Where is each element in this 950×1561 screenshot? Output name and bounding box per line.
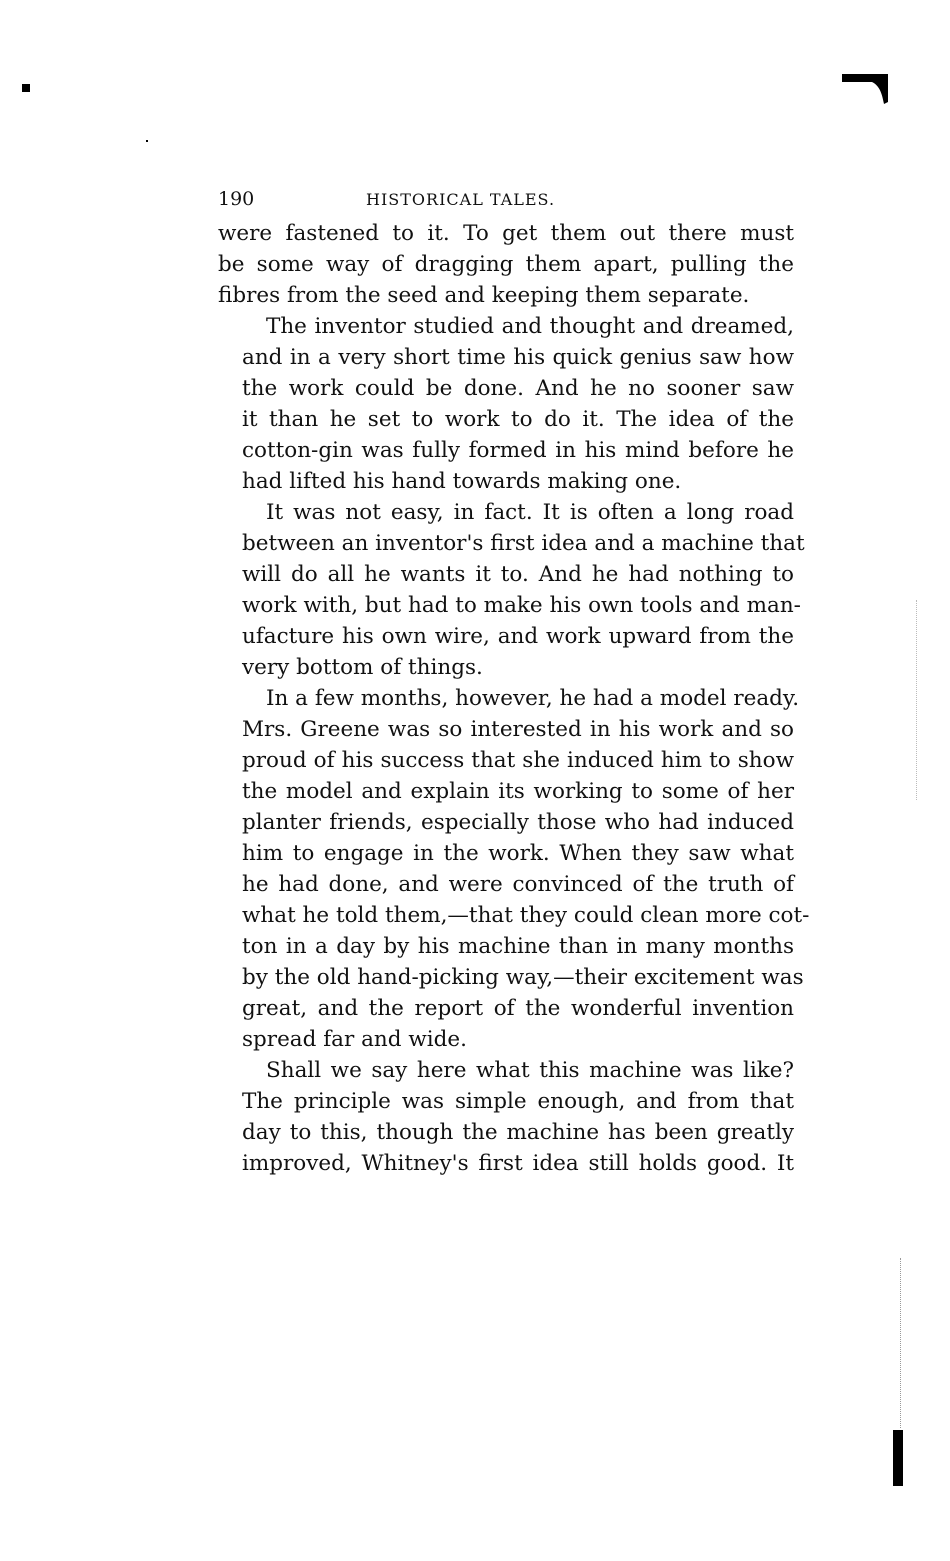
text-line: very bottom of things. xyxy=(218,652,794,683)
text-line: him to engage in the work. When they saw… xyxy=(218,838,794,869)
text-line: great, and the report of the wonderful i… xyxy=(218,993,794,1024)
scan-dot xyxy=(146,140,148,142)
page-number: 190 xyxy=(218,188,278,210)
text-line: ton in a day by his machine than in many… xyxy=(218,931,794,962)
text-line: day to this, though the machine has been… xyxy=(218,1117,794,1148)
text-line: between an inventor's first idea and a m… xyxy=(218,528,794,559)
scan-dotted-edge xyxy=(900,1258,901,1428)
text-line: by the old hand-picking way,—their excit… xyxy=(218,962,794,993)
text-line: The inventor studied and thought and dre… xyxy=(218,311,794,342)
paragraph: Shall we say here what this machine was … xyxy=(218,1055,794,1179)
text-line: cotton-gin was fully formed in his mind … xyxy=(218,435,794,466)
page-header: 190 HISTORICAL TALES. xyxy=(218,188,794,218)
text-line: It was not easy, in fact. It is often a … xyxy=(218,497,794,528)
scan-mark-top-left xyxy=(22,84,30,92)
text-line: In a few months, however, he had a model… xyxy=(218,683,794,714)
text-line: The principle was simple enough, and fro… xyxy=(218,1086,794,1117)
text-line: proud of his success that she induced hi… xyxy=(218,745,794,776)
text-line: what he told them,—that they could clean… xyxy=(218,900,794,931)
scan-dotted-edge-mid xyxy=(916,600,917,800)
text-line: the work could be done. And he no sooner… xyxy=(218,373,794,404)
text-line: the model and explain its working to som… xyxy=(218,776,794,807)
book-page: 190 HISTORICAL TALES. were fastened to i… xyxy=(218,188,794,1179)
text-line: and in a very short time his quick geniu… xyxy=(218,342,794,373)
text-line: spread far and wide. xyxy=(218,1024,794,1055)
text-line: work with, but had to make his own tools… xyxy=(218,590,794,621)
text-line: planter friends, especially those who ha… xyxy=(218,807,794,838)
running-head: HISTORICAL TALES. xyxy=(366,190,555,209)
paragraph: The inventor studied and thought and dre… xyxy=(218,311,794,497)
text-line: will do all he wants it to. And he had n… xyxy=(218,559,794,590)
body-text: were fastened to it. To get them out the… xyxy=(218,218,794,1179)
text-line: fibres from the seed and keeping them se… xyxy=(218,280,794,311)
text-line: it than he set to work to do it. The ide… xyxy=(218,404,794,435)
text-line: were fastened to it. To get them out the… xyxy=(218,218,794,249)
text-line: Shall we say here what this machine was … xyxy=(218,1055,794,1086)
text-line: improved, Whitney's first idea still hol… xyxy=(218,1148,794,1179)
text-line: be some way of dragging them apart, pull… xyxy=(218,249,794,280)
text-line: had lifted his hand towards making one. xyxy=(218,466,794,497)
text-line: Mrs. Greene was so interested in his wor… xyxy=(218,714,794,745)
text-line: he had done, and were convinced of the t… xyxy=(218,869,794,900)
paragraph: In a few months, however, he had a model… xyxy=(218,683,794,1055)
scan-corner-top-right xyxy=(842,74,888,104)
paragraph: were fastened to it. To get them out the… xyxy=(218,218,794,311)
scan-bar-bottom-right xyxy=(893,1430,903,1486)
text-line: ufacture his own wire, and work upward f… xyxy=(218,621,794,652)
paragraph: It was not easy, in fact. It is often a … xyxy=(218,497,794,683)
